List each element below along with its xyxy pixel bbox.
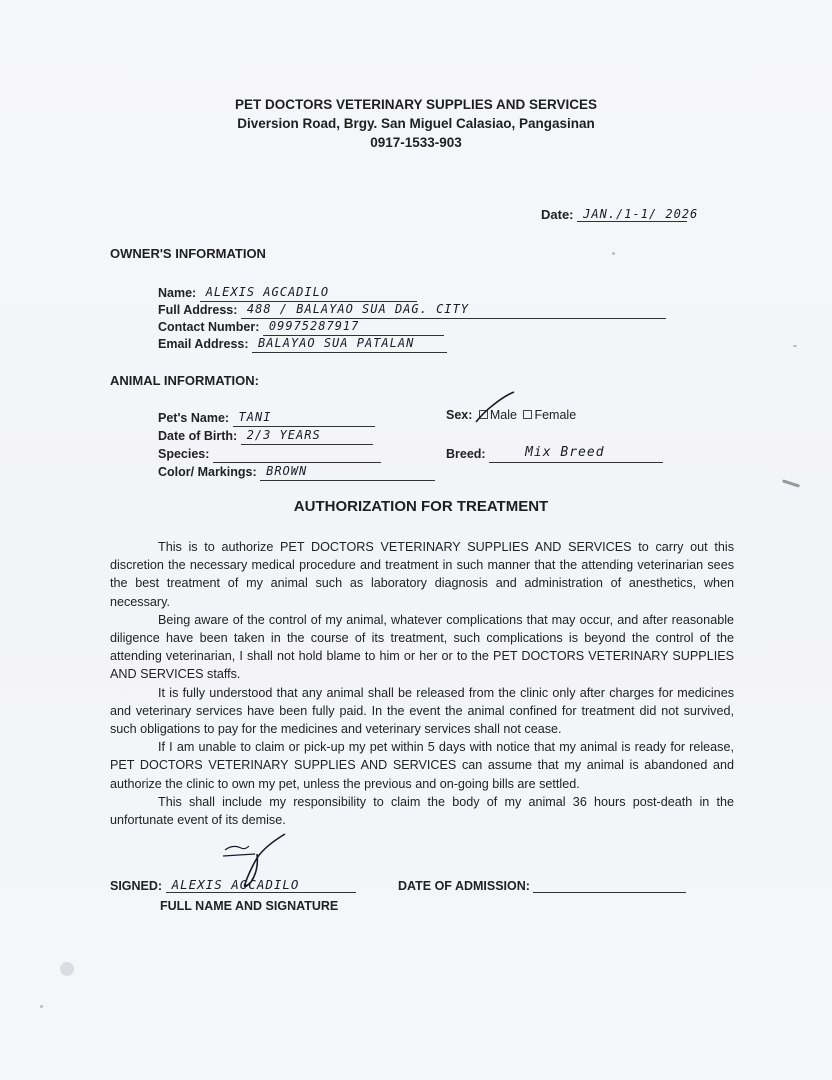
dob-value: 2/3 YEARS: [247, 426, 321, 444]
authorization-body: This is to authorize PET DOCTORS VETERIN…: [110, 538, 734, 829]
male-checkmark-icon: [470, 390, 520, 430]
authorization-paragraph: If I am unable to claim or pick-up my pe…: [110, 738, 734, 793]
admission-date-input[interactable]: [533, 879, 686, 893]
owner-section-title: OWNER'S INFORMATION: [110, 246, 266, 261]
authorization-paragraph: It is fully understood that any animal s…: [110, 684, 734, 739]
animal-section-title: ANIMAL INFORMATION:: [110, 373, 259, 388]
sex-female-label: Female: [534, 408, 576, 422]
species-field: Species:: [158, 445, 381, 463]
scan-speck: [612, 252, 615, 255]
scanned-form-page: PET DOCTORS VETERINARY SUPPLIES AND SERV…: [0, 0, 832, 1080]
clinic-name: PET DOCTORS VETERINARY SUPPLIES AND SERV…: [0, 95, 832, 114]
color-value: BROWN: [266, 462, 307, 480]
dob-field: Date of Birth: 2/3 YEARS: [158, 427, 373, 445]
scan-speck: [782, 479, 800, 487]
owner-name-value: ALEXIS AGCADILO: [206, 283, 329, 301]
admission-date-label: DATE OF ADMISSION:: [398, 879, 530, 893]
breed-field: Breed: Mix Breed: [446, 445, 663, 463]
owner-email-field: Email Address: BALAYAO SUA PATALAN: [158, 335, 447, 353]
sex-label: Sex:: [446, 408, 472, 422]
color-input[interactable]: BROWN: [260, 465, 435, 481]
species-input[interactable]: [213, 447, 381, 463]
clinic-address: Diversion Road, Brgy. San Miguel Calasia…: [0, 114, 832, 133]
pet-name-field: Pet's Name: TANI: [158, 409, 375, 427]
owner-contact-label: Contact Number:: [158, 320, 259, 334]
owner-name-label: Name:: [158, 286, 196, 300]
breed-value: Mix Breed: [525, 444, 604, 462]
scan-speck: [40, 1005, 43, 1008]
pet-name-value: TANI: [239, 408, 272, 426]
scan-speck: [60, 962, 74, 976]
date-label: Date:: [541, 207, 574, 222]
date-value: JAN./1-1/ 2026: [583, 207, 698, 221]
date-field: Date: JAN./1-1/ 2026: [541, 206, 687, 222]
owner-address-label: Full Address:: [158, 303, 237, 317]
species-label: Species:: [158, 447, 209, 461]
signed-label: SIGNED:: [110, 879, 162, 893]
owner-address-value: 488 / BALAYAO SUA DAG. CITY: [247, 300, 469, 318]
pet-name-label: Pet's Name:: [158, 411, 229, 425]
dob-input[interactable]: 2/3 YEARS: [241, 429, 373, 445]
color-label: Color/ Markings:: [158, 465, 257, 479]
breed-label: Breed:: [446, 447, 486, 461]
breed-input[interactable]: Mix Breed: [489, 447, 663, 463]
sex-female-checkbox[interactable]: [523, 410, 532, 419]
owner-contact-value: 09975287917: [269, 317, 359, 335]
authorization-title: AUTHORIZATION FOR TREATMENT: [0, 498, 832, 515]
signed-value: ALEXIS AGCADILO: [172, 877, 300, 892]
authorization-paragraph: Being aware of the control of my animal,…: [110, 611, 734, 684]
owner-address-field: Full Address: 488 / BALAYAO SUA DAG. CIT…: [158, 301, 666, 319]
admission-date-field: DATE OF ADMISSION:: [398, 879, 686, 893]
authorization-paragraph: This is to authorize PET DOCTORS VETERIN…: [110, 538, 734, 611]
owner-email-label: Email Address:: [158, 337, 249, 351]
signature-caption: FULL NAME AND SIGNATURE: [160, 899, 338, 913]
owner-email-input[interactable]: BALAYAO SUA PATALAN: [252, 337, 447, 353]
scan-speck: [793, 345, 797, 347]
signed-input[interactable]: ALEXIS AGCADILO: [166, 877, 356, 893]
color-field: Color/ Markings: BROWN: [158, 463, 435, 481]
clinic-header: PET DOCTORS VETERINARY SUPPLIES AND SERV…: [0, 95, 832, 152]
date-input[interactable]: JAN./1-1/ 2026: [577, 206, 687, 222]
dob-label: Date of Birth:: [158, 429, 237, 443]
owner-email-value: BALAYAO SUA PATALAN: [258, 334, 414, 352]
clinic-phone: 0917-1533-903: [0, 133, 832, 152]
signed-field: SIGNED: ALEXIS AGCADILO: [110, 877, 356, 893]
pet-name-input[interactable]: TANI: [233, 411, 375, 427]
authorization-paragraph: This shall include my responsibility to …: [110, 793, 734, 829]
